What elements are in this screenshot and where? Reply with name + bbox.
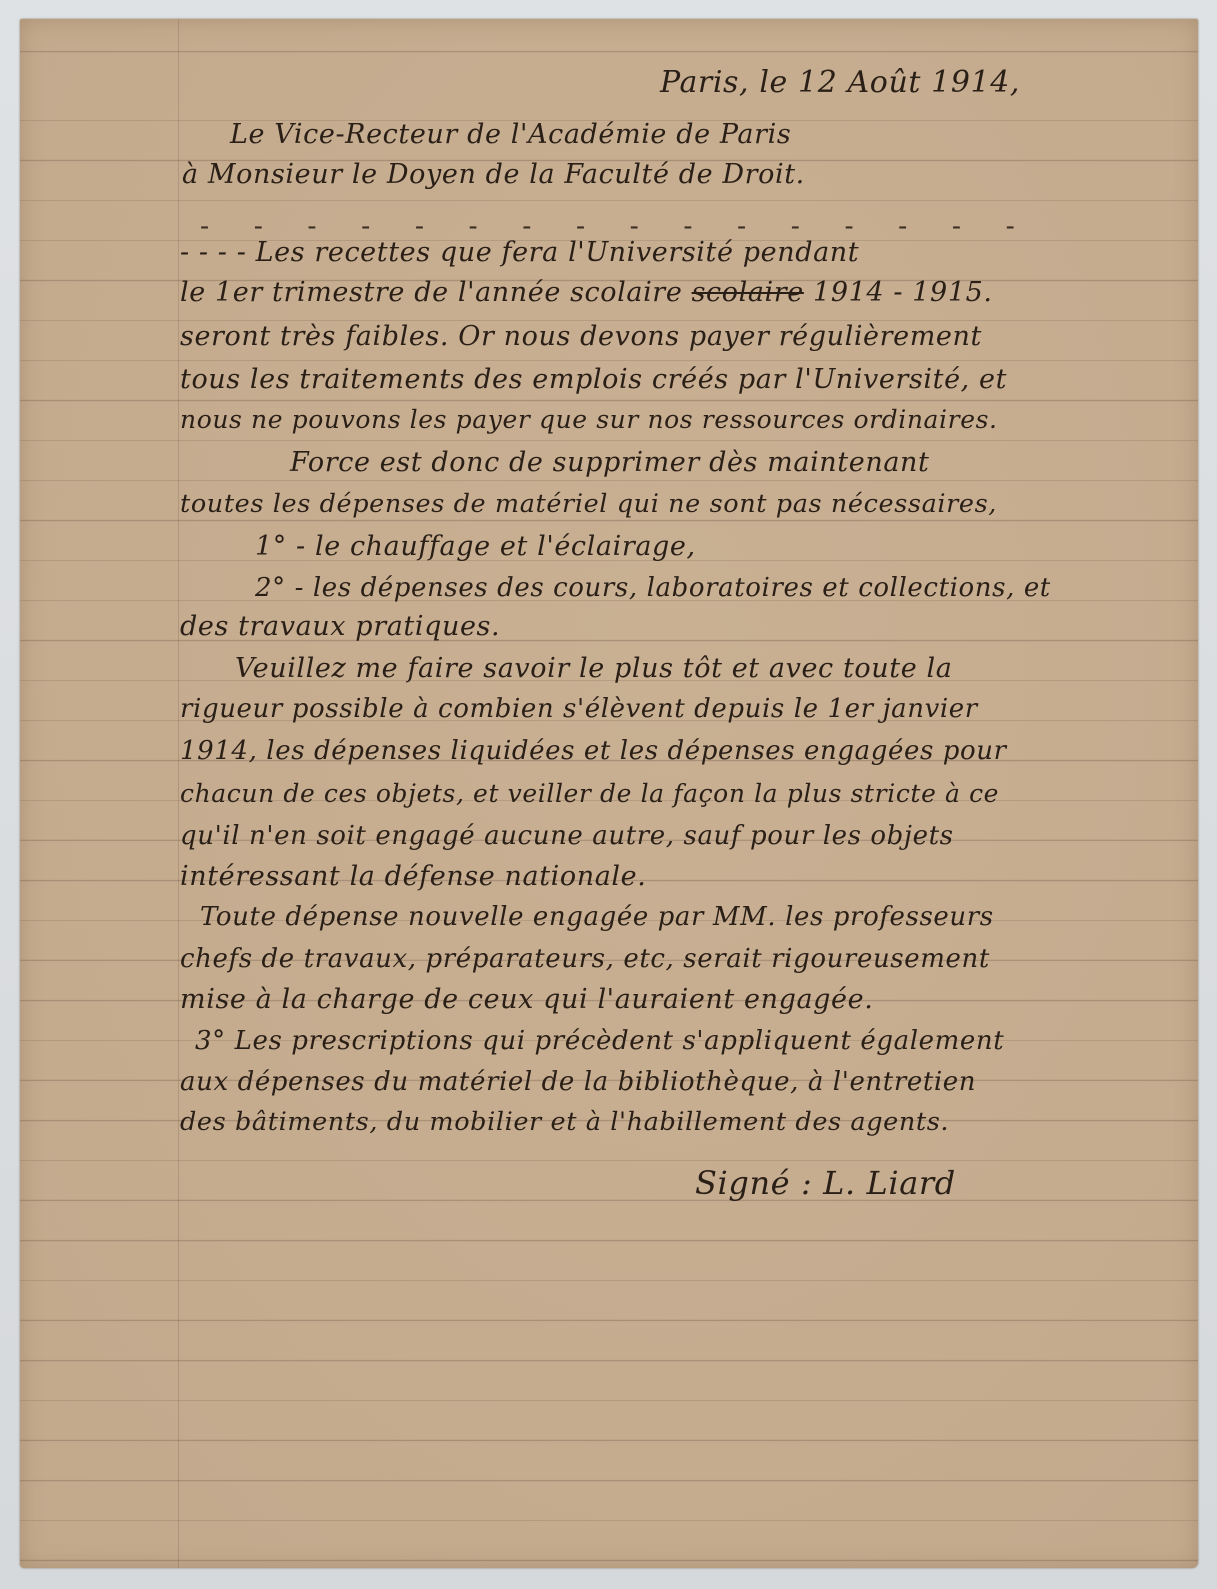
body-line-3: seront très faibles. Or nous devons paye… bbox=[180, 321, 982, 352]
date-line: Paris, le 12 Août 1914, bbox=[660, 65, 1020, 100]
body-line-18: chefs de travaux, préparateurs, etc, ser… bbox=[180, 944, 990, 974]
body-line-14: chacun de ces objets, et veiller de la f… bbox=[180, 779, 999, 808]
body-line-6: Force est donc de supprimer dès maintena… bbox=[290, 447, 929, 478]
body-line-1: - - - - Les recettes que fera l'Universi… bbox=[180, 237, 859, 268]
body-line-21: aux dépenses du matériel de la bibliothè… bbox=[180, 1067, 976, 1097]
body-line-7: toutes les dépenses de matériel qui ne s… bbox=[180, 489, 997, 519]
body-line-22: des bâtiments, du mobilier et à l'habill… bbox=[180, 1107, 949, 1137]
struck-word: scolaire bbox=[692, 277, 804, 308]
handwritten-text: Paris, le 12 Août 1914, Le Vice-Recteur … bbox=[20, 19, 1198, 1568]
body-line-2: le 1er trimestre de l'année scolaire sco… bbox=[180, 277, 993, 308]
body-line-15: qu'il n'en soit engagé aucune autre, sau… bbox=[180, 821, 954, 851]
body-line-20: 3° Les prescriptions qui précèdent s'app… bbox=[195, 1026, 1004, 1056]
body-line-16: intéressant la défense nationale. bbox=[180, 861, 646, 892]
body-line-13: 1914, les dépenses liquidées et les dépe… bbox=[180, 736, 1007, 766]
recipient-line: à Monsieur le Doyen de la Faculté de Dro… bbox=[182, 159, 805, 190]
letter-sheet: Paris, le 12 Août 1914, Le Vice-Recteur … bbox=[20, 19, 1198, 1568]
signature: Signé : L. Liard bbox=[695, 1164, 956, 1202]
body-line-2-end: 1914 - 1915. bbox=[804, 277, 993, 308]
body-line-11: Veuillez me faire savoir le plus tôt et … bbox=[235, 653, 952, 684]
body-line-19: mise à la charge de ceux qui l'auraient … bbox=[180, 984, 873, 1015]
body-line-2-start: le 1er trimestre de l'année scolaire bbox=[180, 277, 692, 308]
sender-line: Le Vice-Recteur de l'Académie de Paris bbox=[230, 119, 791, 150]
body-line-9: 2° - les dépenses des cours, laboratoire… bbox=[255, 573, 1051, 603]
body-line-5: nous ne pouvons les payer que sur nos re… bbox=[180, 405, 998, 434]
body-line-12: rigueur possible à combien s'élèvent dep… bbox=[180, 694, 978, 724]
body-line-10: des travaux pratiques. bbox=[180, 611, 500, 642]
body-line-17: Toute dépense nouvelle engagée par MM. l… bbox=[200, 902, 994, 932]
body-line-4: tous les traitements des emplois créés p… bbox=[180, 364, 1007, 395]
body-line-8: 1° - le chauffage et l'éclairage, bbox=[255, 531, 696, 562]
